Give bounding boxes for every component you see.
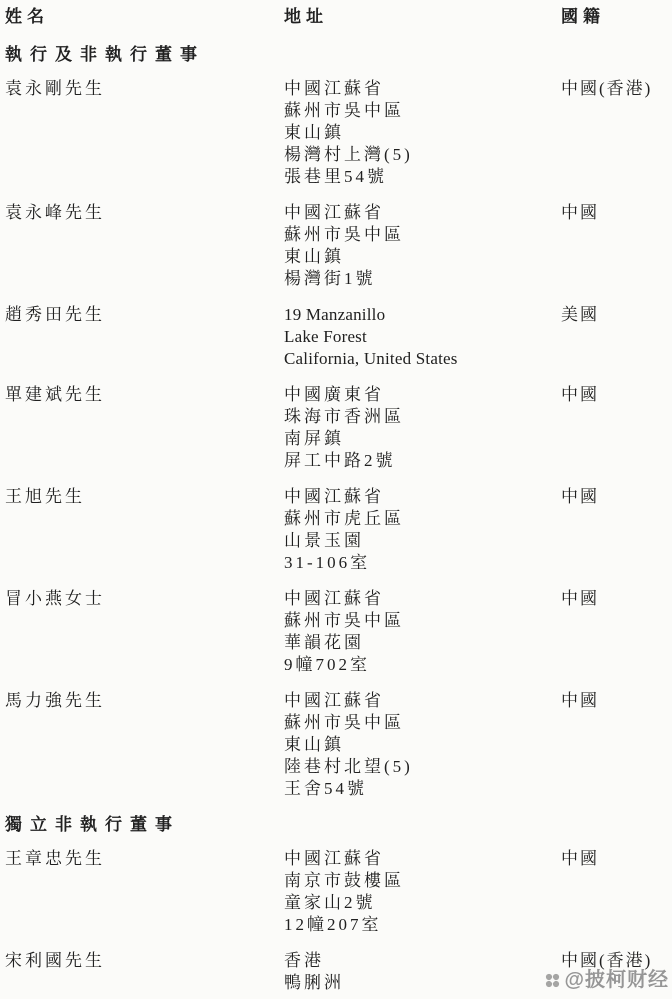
director-nationality: 中國 (561, 486, 672, 508)
address-line: 童家山2號 (284, 892, 561, 914)
address-line: 東山鎮 (284, 734, 561, 756)
address-line: 張巷里54號 (284, 166, 561, 188)
director-name: 王旭先生 (5, 486, 284, 508)
table-header-row: 姓名 地址 國籍 (5, 6, 672, 28)
director-nationality: 中國 (561, 384, 672, 406)
director-nationality: 中國(香港) (561, 950, 672, 972)
address-line: 南京市鼓樓區 (284, 870, 561, 892)
address-line: 楊灣街1號 (284, 268, 561, 290)
director-row: 趙秀田先生 19 ManzanilloLake ForestCalifornia… (5, 304, 672, 370)
address-line: 王舍54號 (284, 778, 561, 800)
director-address: 中國江蘇省蘇州市吳中區東山鎮陸巷村北望(5)王舍54號 (284, 690, 561, 800)
address-line: 9幢702室 (284, 654, 561, 676)
address-line: 東山鎮 (284, 122, 561, 144)
director-nationality: 中國(香港) (561, 78, 672, 100)
address-line: California, United States (284, 348, 561, 370)
director-address: 中國廣東省珠海市香洲區南屏鎮屏工中路2號 (284, 384, 561, 472)
director-name: 趙秀田先生 (5, 304, 284, 326)
column-header-address: 地址 (284, 6, 561, 28)
address-line: 12幢207室 (284, 914, 561, 936)
director-nationality: 中國 (561, 690, 672, 712)
director-address: 中國江蘇省蘇州市吳中區東山鎮楊灣街1號 (284, 202, 561, 290)
address-line: 中國江蘇省 (284, 78, 561, 100)
column-header-name: 姓名 (5, 6, 284, 28)
director-nationality: 中國 (561, 848, 672, 870)
director-row: 王旭先生 中國江蘇省蘇州市虎丘區山景玉園31-106室 中國 (5, 486, 672, 574)
director-name: 王章忠先生 (5, 848, 284, 870)
director-row: 冒小燕女士 中國江蘇省蘇州市吳中區華韻花園9幢702室 中國 (5, 588, 672, 676)
director-name: 袁永峰先生 (5, 202, 284, 224)
address-line: 東山鎮 (284, 246, 561, 268)
director-name: 冒小燕女士 (5, 588, 284, 610)
address-line: 蘇州市吳中區 (284, 224, 561, 246)
address-line: Lake Forest (284, 326, 561, 348)
address-line: 蘇州市吳中區 (284, 610, 561, 632)
director-row: 單建斌先生 中國廣東省珠海市香洲區南屏鎮屏工中路2號 中國 (5, 384, 672, 472)
address-line: 鴨脷洲 (284, 972, 561, 994)
director-address: 中國江蘇省南京市鼓樓區童家山2號12幢207室 (284, 848, 561, 936)
director-address: 19 ManzanilloLake ForestCalifornia, Unit… (284, 304, 561, 370)
director-name: 單建斌先生 (5, 384, 284, 406)
address-line: 中國江蘇省 (284, 202, 561, 224)
column-header-nationality: 國籍 (561, 6, 672, 28)
director-address: 香港鴨脷洲 (284, 950, 561, 994)
director-nationality: 中國 (561, 202, 672, 224)
directors-list-page: 姓名 地址 國籍 執行及非執行董事 袁永剛先生 中國江蘇省蘇州市吳中區東山鎮楊灣… (0, 0, 672, 999)
director-row: 宋利國先生 香港鴨脷洲 中國(香港) (5, 950, 672, 994)
address-line: 31-106室 (284, 552, 561, 574)
director-row: 王章忠先生 中國江蘇省南京市鼓樓區童家山2號12幢207室 中國 (5, 848, 672, 936)
director-address: 中國江蘇省蘇州市虎丘區山景玉園31-106室 (284, 486, 561, 574)
address-line: 蘇州市吳中區 (284, 712, 561, 734)
section-title: 執行及非執行董事 (5, 44, 672, 66)
address-line: 南屏鎮 (284, 428, 561, 450)
director-row: 袁永剛先生 中國江蘇省蘇州市吳中區東山鎮楊灣村上灣(5)張巷里54號 中國(香港… (5, 78, 672, 188)
section-title: 獨立非執行董事 (5, 814, 672, 836)
director-name: 袁永剛先生 (5, 78, 284, 100)
address-line: 香港 (284, 950, 561, 972)
director-address: 中國江蘇省蘇州市吳中區華韻花園9幢702室 (284, 588, 561, 676)
director-name: 馬力強先生 (5, 690, 284, 712)
address-line: 19 Manzanillo (284, 304, 561, 326)
address-line: 中國江蘇省 (284, 588, 561, 610)
table-body: 執行及非執行董事 袁永剛先生 中國江蘇省蘇州市吳中區東山鎮楊灣村上灣(5)張巷里… (5, 44, 672, 994)
director-nationality: 中國 (561, 588, 672, 610)
address-line: 楊灣村上灣(5) (284, 144, 561, 166)
director-row: 馬力強先生 中國江蘇省蘇州市吳中區東山鎮陸巷村北望(5)王舍54號 中國 (5, 690, 672, 800)
address-line: 屏工中路2號 (284, 450, 561, 472)
address-line: 蘇州市虎丘區 (284, 508, 561, 530)
address-line: 陸巷村北望(5) (284, 756, 561, 778)
director-row: 袁永峰先生 中國江蘇省蘇州市吳中區東山鎮楊灣街1號 中國 (5, 202, 672, 290)
address-line: 中國江蘇省 (284, 486, 561, 508)
director-address: 中國江蘇省蘇州市吳中區東山鎮楊灣村上灣(5)張巷里54號 (284, 78, 561, 188)
address-line: 中國江蘇省 (284, 690, 561, 712)
address-line: 山景玉園 (284, 530, 561, 552)
address-line: 中國江蘇省 (284, 848, 561, 870)
address-line: 中國廣東省 (284, 384, 561, 406)
address-line: 蘇州市吳中區 (284, 100, 561, 122)
address-line: 珠海市香洲區 (284, 406, 561, 428)
director-name: 宋利國先生 (5, 950, 284, 972)
address-line: 華韻花園 (284, 632, 561, 654)
director-nationality: 美國 (561, 304, 672, 326)
